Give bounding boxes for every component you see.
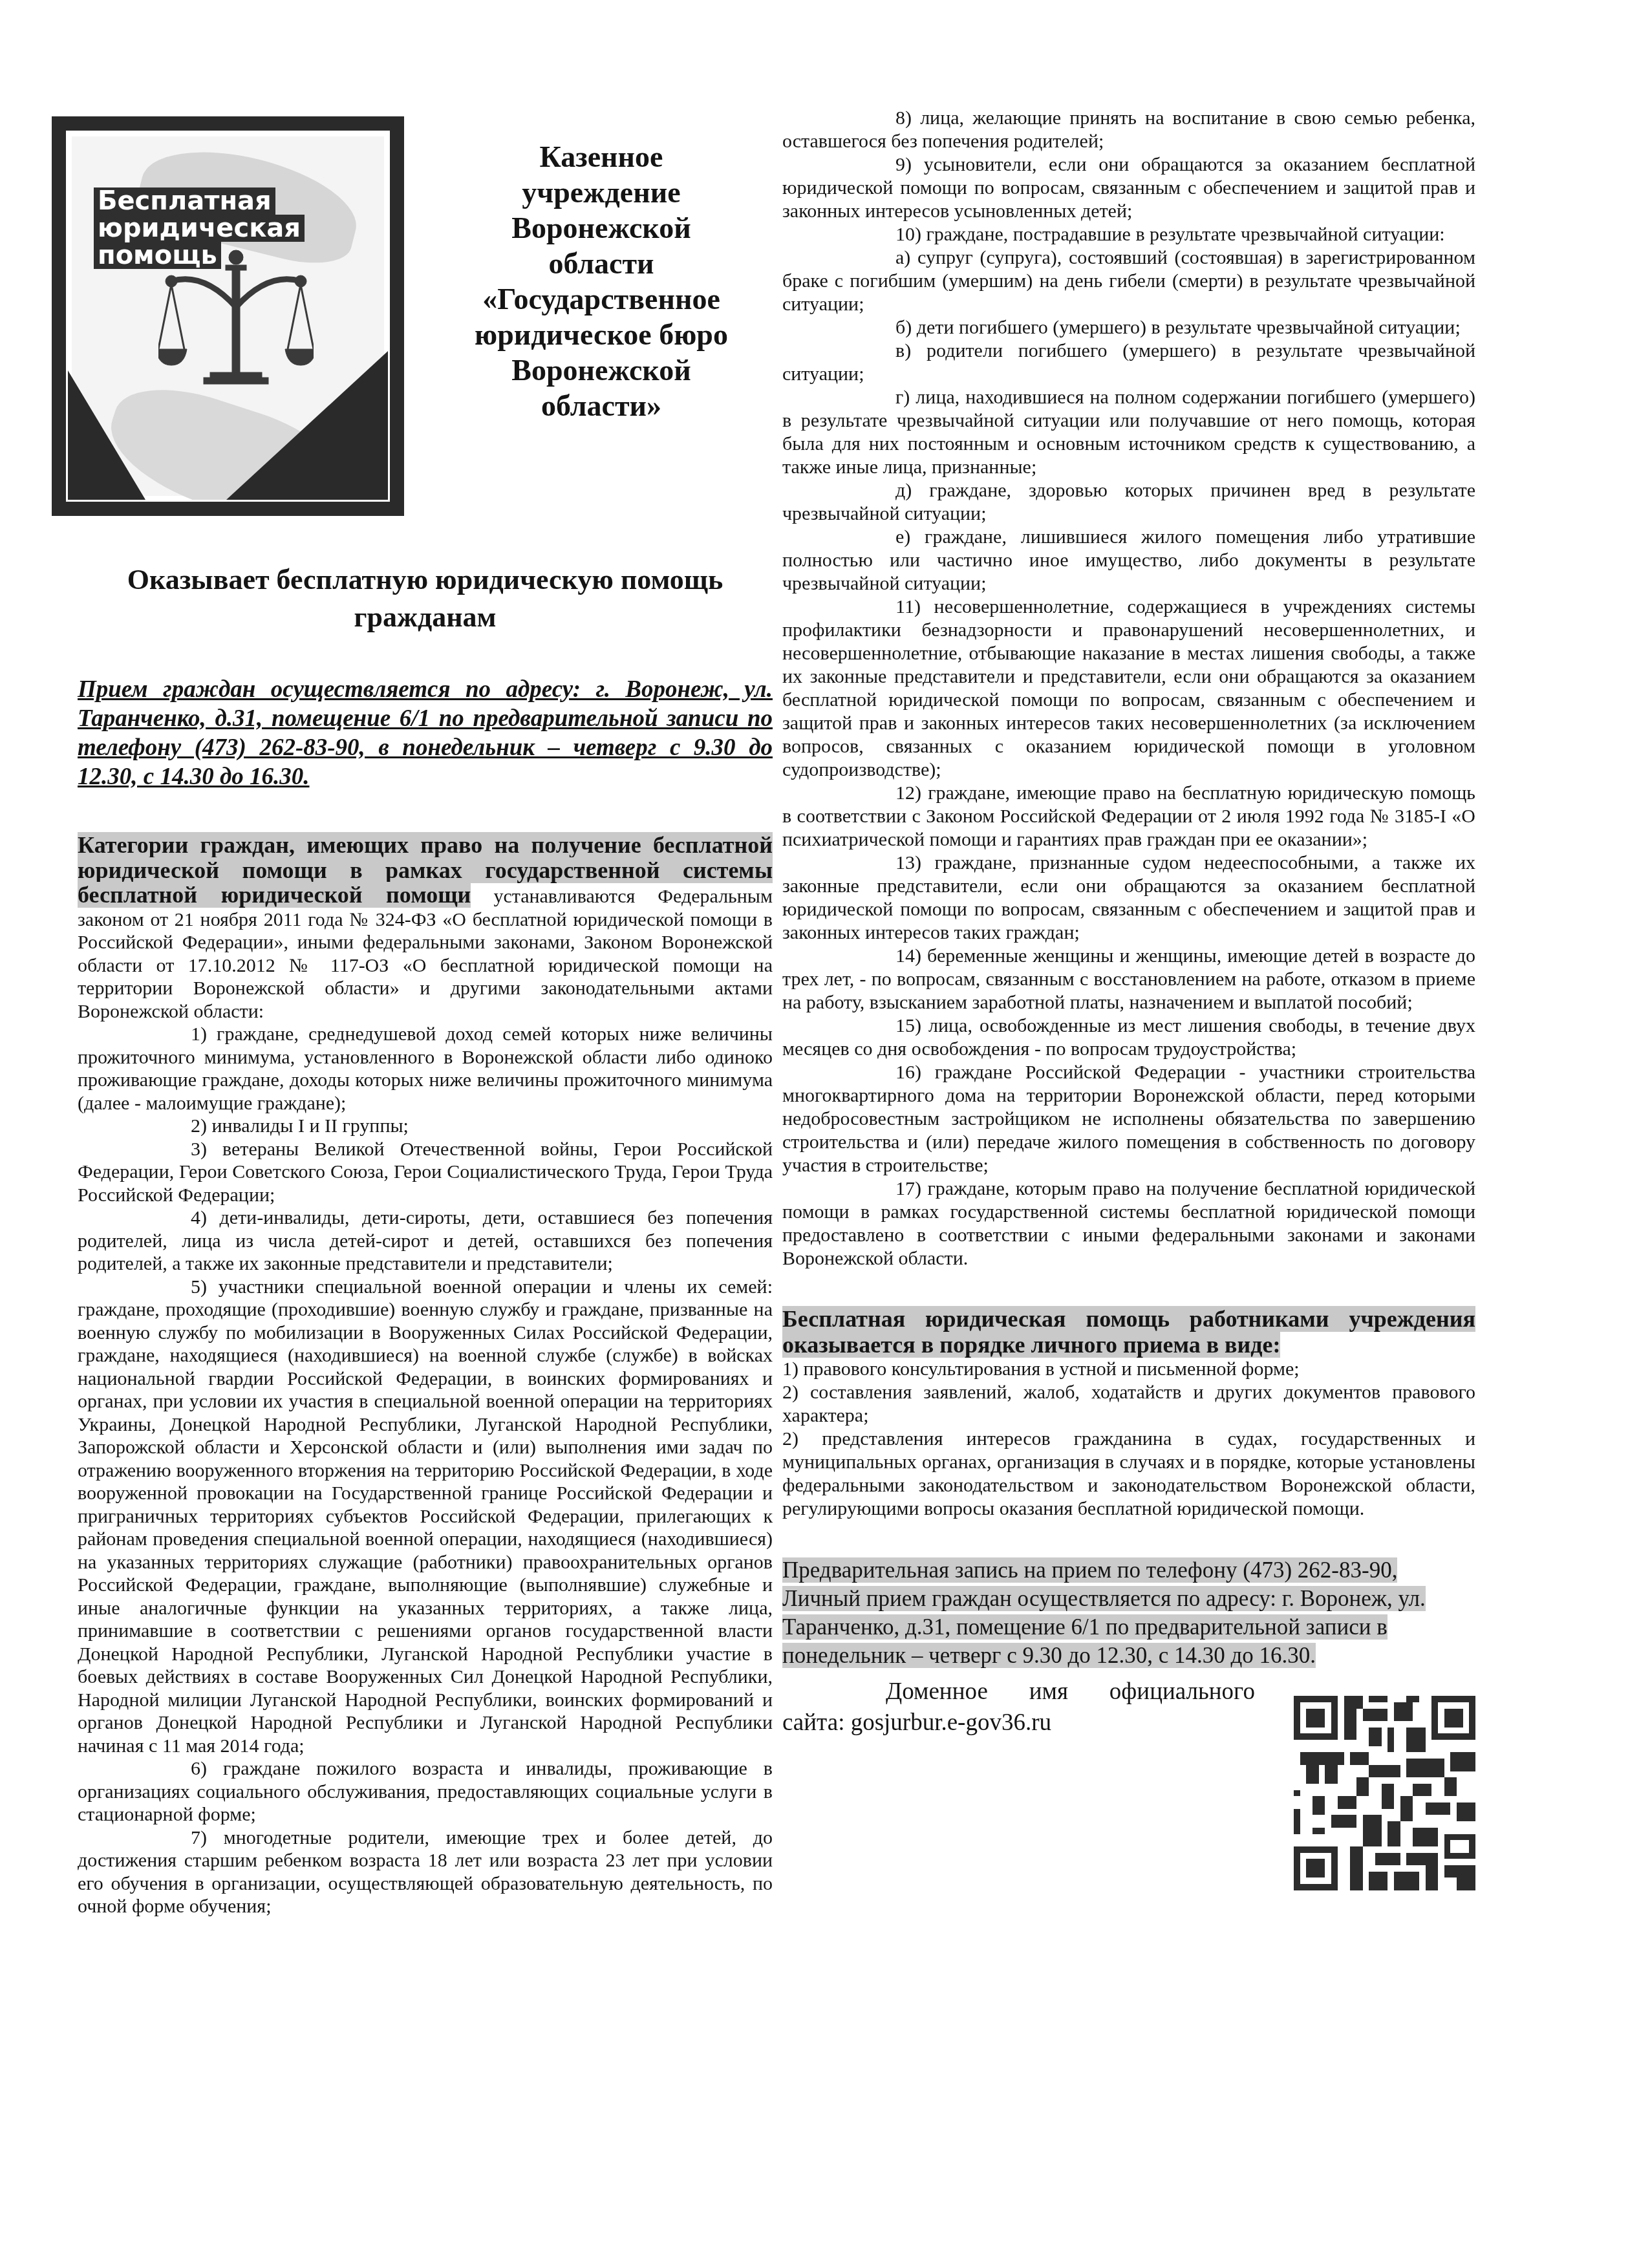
service-item: 1) правового консультирования в устной и… [782,1358,1475,1381]
main-title: Оказывает бесплатную юридическую помощь … [78,561,773,636]
category-item: 6) граждане пожилого возраста и инвалиды… [78,1757,773,1826]
website-domain[interactable]: сайта: gosjurbur.e-gov36.ru [782,1709,1051,1736]
category-item: 4) дети-инвалиды, дети-сироты, дети, ост… [78,1206,773,1276]
category-subitem: а) супруг (супруга), состоявший (состояв… [782,246,1475,316]
left-column: Бесплатная юридическая помощь [78,116,773,1918]
category-item: 10) граждане, пострадавшие в результате … [782,223,1475,246]
institution-title: Казенное учреждение Воронежской области … [404,116,773,423]
logo-label: Бесплатная юридическая помощь [94,187,305,269]
contact-text: Предварительная запись на прием по телеф… [782,1557,1426,1668]
category-item: 2) инвалиды I и II группы; [78,1115,773,1138]
category-item: 5) участники специальной военной операци… [78,1276,773,1758]
logo-corner-left [68,370,145,500]
free-legal-aid-logo: Бесплатная юридическая помощь [52,116,404,516]
services-heading-block: Бесплатная юридическая помощь работникам… [782,1306,1475,1358]
address-note: Прием граждан осуществляется по адресу: … [78,675,773,791]
institution-title-line: учреждение [430,175,773,210]
category-item: 3) ветераны Великой Отечественной войны,… [78,1138,773,1207]
institution-title-line: Казенное [430,139,773,175]
logo-frame: Бесплатная юридическая помощь [66,131,390,502]
category-item: 8) лица, желающие принять на воспитание … [782,107,1475,153]
contact-info: Предварительная запись на прием по телеф… [782,1556,1475,1670]
category-subitem: е) граждане, лишившиеся жилого помещения… [782,526,1475,595]
right-column: 8) лица, желающие принять на воспитание … [782,107,1475,1898]
qr-code-icon[interactable] [1294,1688,1475,1898]
services-list: 1) правового консультирования в устной и… [782,1358,1475,1521]
service-item: 2) составления заявлений, жалоб, ходатай… [782,1381,1475,1428]
category-item: 9) усыновители, если они обращаются за о… [782,153,1475,223]
institution-title-line: «Государственное [430,281,773,317]
website-label: Доменное имя официального [782,1676,1255,1707]
category-subitem: г) лица, находившиеся на полном содержан… [782,386,1475,479]
institution-title-line: области [430,246,773,281]
category-item: 1) граждане, среднедушевой доход семей к… [78,1023,773,1115]
category-item: 15) лица, освобожденные из мест лишения … [782,1014,1475,1061]
logo-label-line: помощь [94,242,221,269]
category-item: 7) многодетные родители, имеющие трех и … [78,1826,773,1918]
header-row: Бесплатная юридическая помощь [78,116,773,530]
category-item: 17) граждане, которым право на получение… [782,1177,1475,1270]
category-subitem: д) граждане, здоровью которых причинен в… [782,479,1475,526]
logo-label-line: юридическая [94,215,305,242]
institution-title-line: Воронежской [430,352,773,388]
categories-list-right: 8) лица, желающие принять на воспитание … [782,107,1475,1270]
category-item: 12) граждане, имеющие право на бесплатну… [782,782,1475,851]
services-heading: Бесплатная юридическая помощь работникам… [782,1306,1475,1358]
categories-list-left: 1) граждане, среднедушевой доход семей к… [78,1023,773,1918]
website-info: Доменное имя официального сайта: gosjurb… [782,1676,1255,1898]
category-item: 11) несовершеннолетние, содержащиеся в у… [782,595,1475,782]
category-subitem: в) родители погибшего (умершего) в резул… [782,339,1475,386]
institution-title-line: юридическое бюро [430,317,773,352]
website-row: Доменное имя официального сайта: gosjurb… [782,1676,1475,1898]
category-item: 13) граждане, признанные судом недееспос… [782,851,1475,945]
institution-title-line: области» [430,388,773,423]
logo-label-line: Бесплатная [94,187,275,215]
service-item: 2) представления интересов гражданина в … [782,1428,1475,1521]
category-item: 16) граждане Российской Федерации - учас… [782,1061,1475,1177]
categories-intro: Категории граждан, имеющих право на полу… [78,833,773,1023]
category-item: 14) беременные женщины и женщины, имеющи… [782,945,1475,1014]
institution-title-line: Воронежской [430,210,773,246]
category-subitem: б) дети погибшего (умершего) в результат… [782,316,1475,339]
